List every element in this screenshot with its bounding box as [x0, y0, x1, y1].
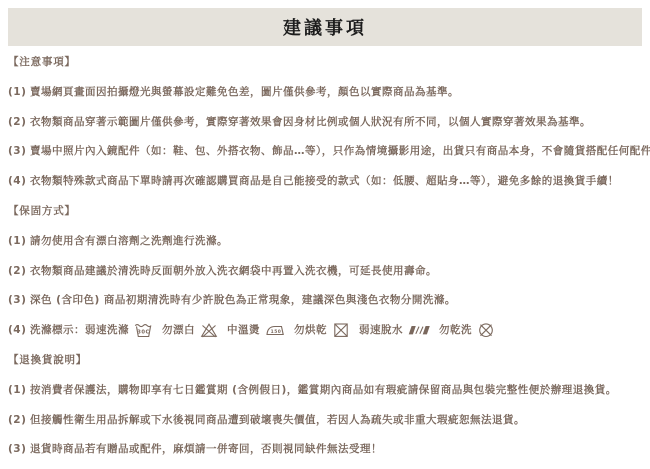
notice-item: (3) 賣場中照片內入鏡配件（如：鞋、包、外搭衣物、飾品…等），只作為情境攝影用… [8, 145, 644, 175]
no-bleach-icon [200, 321, 218, 339]
section-heading: 【注意事項】 [8, 56, 644, 86]
item-number: (4) [8, 324, 30, 337]
care-symbol-label: 勿烘乾 [294, 324, 327, 337]
care-symbol-no-tumble-dry: 勿烘乾 [294, 324, 350, 339]
item-number: (2) [8, 265, 30, 278]
item-text: 按消費者保護法，購物即享有七日鑑賞期 (含例假日)，鑑賞期內商品如有瑕疵請保留商… [30, 384, 617, 397]
care-symbol-no-dry-clean: 勿乾洗 [439, 324, 495, 339]
item-text: 但接觸性衛生用品拆解或下水後視同商品遭到破壞喪失價值，若因人為疏失或非重大瑕疵恕… [30, 414, 525, 427]
care-instructions-line: (4) 洗滌標示： 弱速洗滌 30C 勿漂白 [8, 324, 644, 354]
notice-item: (4) 衣物類特殊款式商品下單時請再次確認購買商品是自己能接受的款式（如：低腰、… [8, 175, 644, 205]
notice-item: (3) 退貨時商品若有贈品或配件，麻煩請一併寄回，否則視同缺件無法受理！ [8, 443, 644, 469]
iron-150-icon: 150 [265, 321, 285, 339]
notice-content: 【注意事項】 (1) 賣場網頁畫面因拍攝燈光與螢幕設定難免色差，圖片僅供參考，顏… [8, 56, 644, 469]
care-symbol-label: 勿乾洗 [439, 324, 472, 337]
item-number: (1) [8, 384, 30, 397]
suggestion-notice-page: 建議事項 【注意事項】 (1) 賣場網頁畫面因拍攝燈光與螢幕設定難免色差，圖片僅… [0, 0, 650, 469]
notice-item: (1) 請勿使用含有漂白溶劑之洗劑進行洗滌。 [8, 235, 644, 265]
no-tumble-dry-icon [332, 321, 350, 339]
care-symbol-label: 勿漂白 [162, 324, 195, 337]
section-returns: 【退換貨說明】 (1) 按消費者保護法，購物即享有七日鑑賞期 (含例假日)，鑑賞… [8, 354, 644, 469]
item-number: (2) [8, 116, 30, 129]
item-text: 請勿使用含有漂白溶劑之洗劑進行洗滌。 [30, 235, 228, 248]
section-heading: 【保固方式】 [8, 205, 644, 235]
weak-spin-icon [408, 321, 430, 339]
svg-text:150: 150 [271, 329, 282, 335]
item-number: (3) [8, 294, 30, 307]
notice-item: (1) 按消費者保護法，購物即享有七日鑑賞期 (含例假日)，鑑賞期內商品如有瑕疵… [8, 384, 644, 414]
section-heading: 【退換貨說明】 [8, 354, 644, 384]
page-title: 建議事項 [283, 14, 367, 40]
item-text: 衣物類商品穿著示範圖片僅供參考，實際穿著效果會因身材比例或個人狀況有所不同，以個… [30, 116, 591, 129]
item-text: 深色 (含印色) 商品初期清洗時有少許脫色為正常現象，建議深色與淺色衣物分開洗滌… [30, 294, 456, 307]
care-symbol-weak-spin: 弱速脫水 [359, 324, 430, 339]
notice-item: (1) 賣場網頁畫面因拍攝燈光與螢幕設定難免色差，圖片僅供參考，顏色以實際商品為… [8, 86, 644, 116]
care-symbol-weak-wash: 弱速洗滌 30C [85, 324, 153, 339]
item-text: 退貨時商品若有贈品或配件，麻煩請一併寄回，否則視同缺件無法受理！ [30, 443, 382, 456]
item-number: (3) [8, 443, 30, 456]
item-number: (3) [8, 145, 30, 158]
notice-item: (2) 但接觸性衛生用品拆解或下水後視同商品遭到破壞喪失價值，若因人為疏失或非重… [8, 414, 644, 444]
item-text: 賣場中照片內入鏡配件（如：鞋、包、外搭衣物、飾品…等），只作為情境攝影用途，出貨… [30, 145, 650, 158]
section-attention: 【注意事項】 (1) 賣場網頁畫面因拍攝燈光與螢幕設定難免色差，圖片僅供參考，顏… [8, 56, 644, 205]
section-warranty: 【保固方式】 (1) 請勿使用含有漂白溶劑之洗劑進行洗滌。 (2) 衣物類商品建… [8, 205, 644, 354]
care-symbol-iron-medium: 中溫燙 150 [227, 324, 285, 339]
notice-item: (3) 深色 (含印色) 商品初期清洗時有少許脫色為正常現象，建議深色與淺色衣物… [8, 294, 644, 324]
item-text: 賣場網頁畫面因拍攝燈光與螢幕設定難免色差，圖片僅供參考，顏色以實際商品為基準。 [30, 86, 459, 99]
item-number: (2) [8, 414, 30, 427]
care-symbol-label: 中溫燙 [227, 324, 260, 337]
page-title-bar: 建議事項 [8, 8, 642, 46]
item-number: (1) [8, 86, 30, 99]
notice-item: (2) 衣物類商品建議於清洗時反面朝外放入洗衣網袋中再置入洗衣機，可延長使用壽命… [8, 265, 644, 295]
svg-text:30C: 30C [137, 330, 150, 336]
item-text: 衣物類特殊款式商品下單時請再次確認購買商品是自己能接受的款式（如：低腰、超貼身…… [30, 175, 619, 188]
no-dry-clean-icon [477, 321, 495, 339]
care-symbol-label: 弱速脫水 [359, 324, 403, 337]
notice-item: (2) 衣物類商品穿著示範圖片僅供參考，實際穿著效果會因身材比例或個人狀況有所不… [8, 116, 644, 146]
care-symbol-no-bleach: 勿漂白 [162, 324, 218, 339]
item-number: (4) [8, 175, 30, 188]
care-line-label: 洗滌標示： [30, 324, 85, 337]
wash-30-icon: 30C [134, 321, 153, 339]
care-symbol-label: 弱速洗滌 [85, 324, 129, 337]
item-text: 衣物類商品建議於清洗時反面朝外放入洗衣網袋中再置入洗衣機，可延長使用壽命。 [30, 265, 437, 278]
item-number: (1) [8, 235, 30, 248]
